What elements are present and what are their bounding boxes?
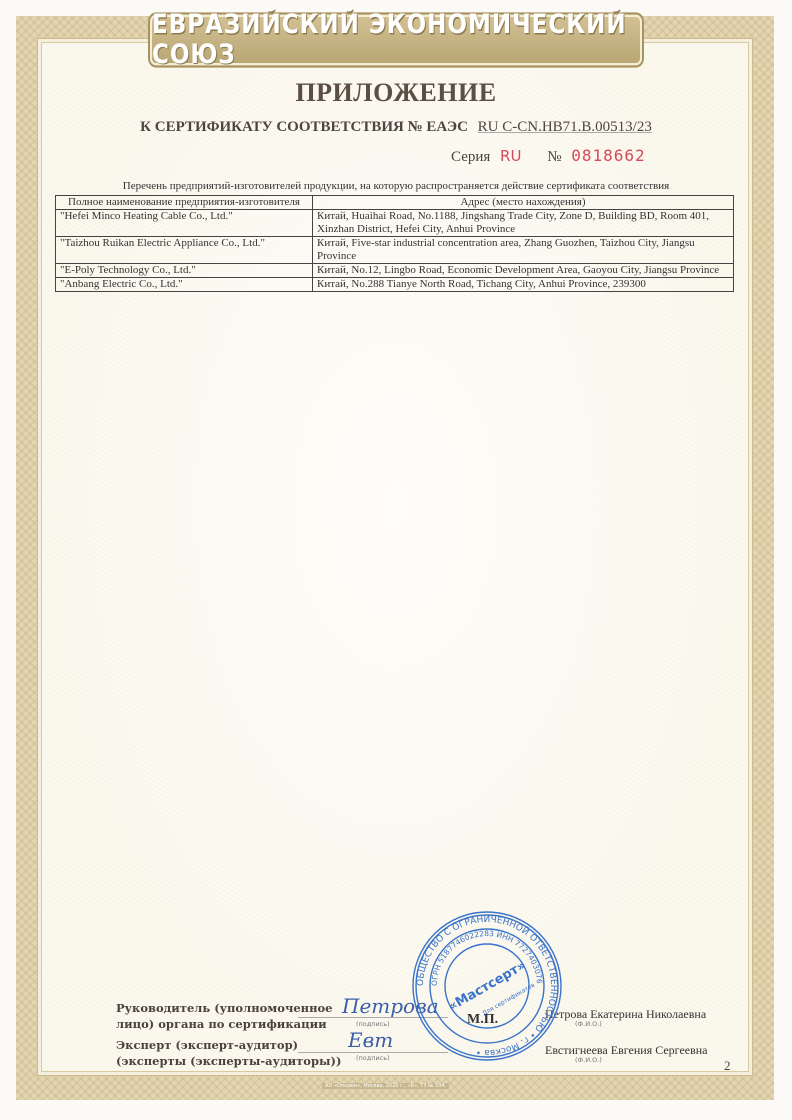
head-signature-hint: (подпись) [356, 1020, 390, 1028]
certificate-border [16, 16, 774, 1100]
manufacturer-address: Китай, Huaihai Road, No.1188, Jingshang … [313, 210, 734, 237]
subtitle-prefix: К СЕРТИФИКАТУ СООТВЕТСТВИЯ № ЕАЭС [140, 119, 468, 135]
form-number: 0818662 [571, 146, 645, 165]
table-caption: Перечень предприятий-изготовителей проду… [55, 180, 737, 192]
page-title: ПРИЛОЖЕНИЕ [0, 78, 792, 108]
head-name-hint: (Ф.И.О.) [575, 1020, 602, 1028]
head-label-line-2: лицо) органа по сертификации [116, 1016, 333, 1032]
table-header-row: Полное наименование предприятия-изготови… [56, 196, 734, 210]
series-label: Серия [451, 149, 490, 165]
certificate-inner [37, 38, 753, 1076]
expert-signatory-label: Эксперт (эксперт-аудитор) (эксперты (экс… [116, 1037, 341, 1069]
manufacturer-address: Китай, No.12, Lingbo Road, Economic Deve… [313, 264, 734, 278]
manufacturers-table: Полное наименование предприятия-изготови… [55, 195, 734, 292]
certificate-number: RU C-CN.HB71.B.00513/23 [478, 119, 652, 135]
expert-name: Евстигнеева Евгения Сергеевна [545, 1043, 708, 1058]
head-signatory-label: Руководитель (уполномоченное лицо) орган… [116, 1000, 333, 1032]
manufacturer-name: "Taizhou Ruikan Electric Appliance Co., … [56, 237, 313, 264]
series-line: Серия RU № 0818662 [451, 146, 646, 166]
manufacturer-name: "E-Poly Technology Co., Ltd." [56, 264, 313, 278]
expert-label-line-1: Эксперт (эксперт-аудитор) [116, 1037, 341, 1053]
table-row: "Anbang Electric Co., Ltd." Китай, No.28… [56, 278, 734, 292]
head-label-line-1: Руководитель (уполномоченное [116, 1000, 333, 1016]
manufacturer-address: Китай, Five-star industrial concentratio… [313, 237, 734, 264]
expert-signature: Евт [348, 1028, 393, 1052]
head-name: Петрова Екатерина Николаевна [545, 1007, 706, 1022]
number-label: № [547, 149, 561, 165]
official-stamp-icon: ОБЩЕСТВО С ОГРАНИЧЕННОЙ ОТВЕТСТВЕННОСТЬЮ… [409, 908, 565, 1064]
table-row: "Hefei Minco Heating Cable Co., Ltd." Ки… [56, 210, 734, 237]
column-header-name: Полное наименование предприятия-изготови… [56, 196, 313, 210]
manufacturer-name: "Anbang Electric Co., Ltd." [56, 278, 313, 292]
page-number: 2 [724, 1058, 731, 1074]
printer-imprint: АО «Опцион», Москва, 2020 г., «Б», ТЗ № … [322, 1083, 449, 1089]
certificate-subtitle: К СЕРТИФИКАТУ СООТВЕТСТВИЯ № ЕАЭС RU C-C… [0, 119, 792, 136]
series-value: RU [500, 147, 521, 165]
union-banner: ЕВРАЗИЙСКИЙ ЭКОНОМИЧЕСКИЙ СОЮЗ [150, 15, 642, 66]
expert-name-hint: (Ф.И.О.) [575, 1056, 602, 1064]
column-header-address: Адрес (место нахождения) [313, 196, 734, 210]
table-row: "Taizhou Ruikan Electric Appliance Co., … [56, 237, 734, 264]
expert-label-line-2: (эксперты (эксперты-аудиторы)) [116, 1053, 341, 1069]
seal-place-label: М.П. [467, 1012, 498, 1028]
table-row: "E-Poly Technology Co., Ltd." Китай, No.… [56, 264, 734, 278]
manufacturer-address: Китай, No.288 Tianye North Road, Tichang… [313, 278, 734, 292]
manufacturer-name: "Hefei Minco Heating Cable Co., Ltd." [56, 210, 313, 237]
svg-text:«Мастсерт»: «Мастсерт» [446, 958, 529, 1015]
expert-signature-hint: (подпись) [356, 1054, 390, 1062]
